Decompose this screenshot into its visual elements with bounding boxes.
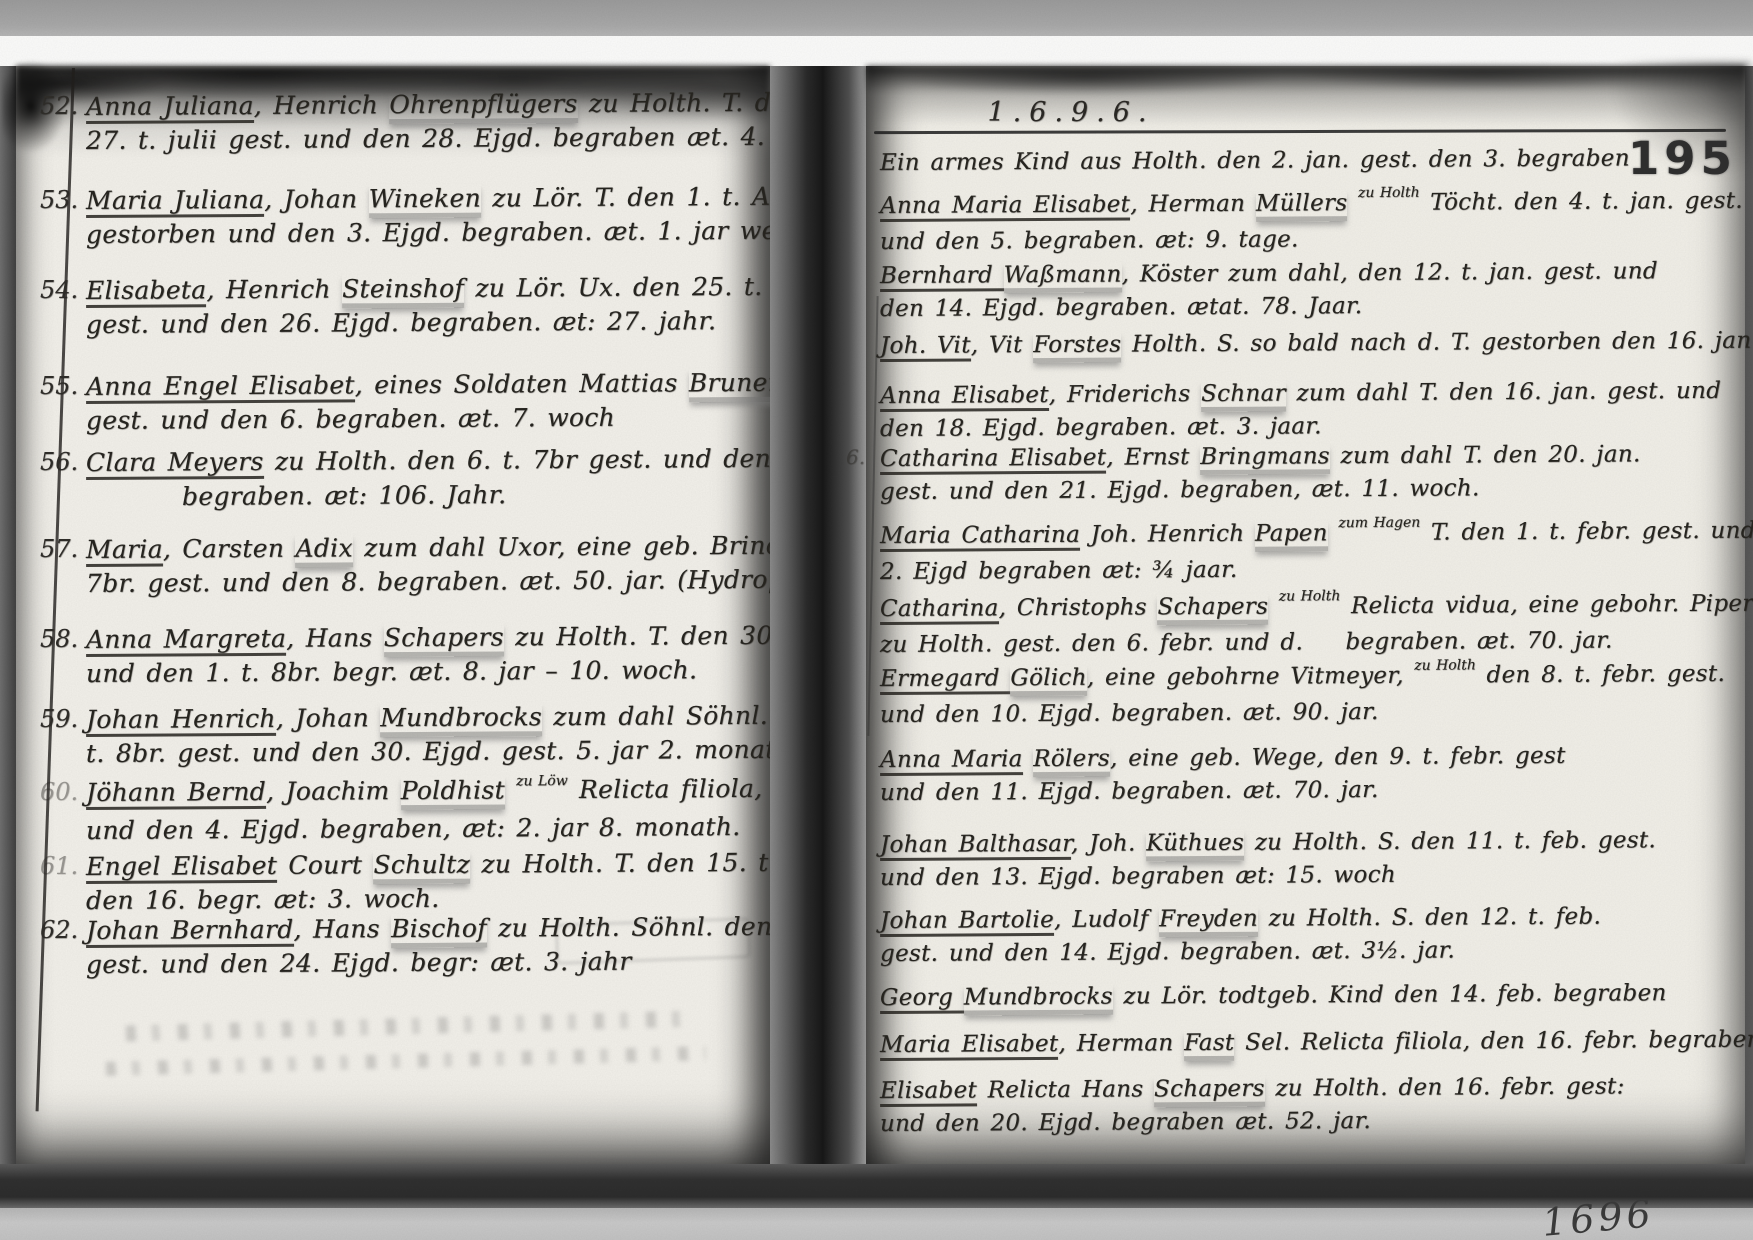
entry-number: 59. — [40, 705, 78, 733]
register-entry: 59.Johan Henrich, Johan Mundbrocks zum d… — [86, 703, 786, 771]
entry-line: Anna Elisabet, Friderichs Schnar zum dah… — [880, 375, 1728, 413]
entry-text: zu Holth. T. den — [578, 88, 803, 118]
register-entry: Joh. Vit, Vit Forstes Holth. S. so bald … — [880, 330, 1728, 363]
entry-number: 54. — [40, 276, 78, 304]
entry-line: Maria Juliana, Johan Wineken zu Lör. T. … — [86, 180, 786, 218]
entry-text: Maria Elisabet — [880, 1031, 1059, 1061]
entry-line: gestorben und den 3. Ejgd. begraben. æt.… — [86, 214, 786, 252]
entry-number: 58. — [40, 625, 78, 653]
entry-text: , Joachim — [266, 776, 401, 806]
entry-line: Clara Meyers zu Holth. den 6. t. 7br ges… — [86, 442, 786, 480]
register-entry: Ein armes Kind aus Holth. den 2. jan. ge… — [880, 147, 1728, 180]
entry-text: Bringmans — [1200, 443, 1330, 475]
entry-line: den 14. Ejgd. begraben. ætat. 78. Jaar. — [880, 288, 1728, 326]
entry-line: begraben. æt: 106. Jahr. — [182, 476, 786, 514]
entry-text: zu Holth. S. den 12. t. feb. — [1258, 904, 1601, 932]
entry-text: T. den 1. t. febr. gest. und den — [1420, 517, 1753, 545]
entry-text: Anna Maria — [880, 746, 1023, 776]
inserted-note: zum Hagen — [1338, 515, 1420, 532]
entry-text: zu Holth. den 6. t. 7br gest. und den 9. — [263, 444, 806, 476]
entry-text: Schapers — [1154, 1076, 1265, 1108]
entry-text: Relicta vidua, eine gebohr. Pipers, — [1340, 591, 1753, 620]
faint-mark — [555, 918, 750, 965]
bleed-through-text — [126, 1011, 696, 1042]
entry-text: Johan Balthasar — [880, 831, 1071, 861]
entry-text: Gölich — [1010, 665, 1087, 696]
entry-line: Maria, Carsten Adix zum dahl Uxor, eine … — [86, 529, 786, 567]
entry-number: 52. — [40, 92, 78, 120]
entry-text: Waßmann — [1003, 262, 1121, 294]
entry-line: zu Holth. gest. den 6. febr. und d. begr… — [880, 624, 1728, 662]
register-entry: Catharina, Christophs Schapers zu Holth … — [880, 593, 1728, 662]
entry-text: Maria Juliana — [86, 185, 264, 218]
entry-text: und den 20. Ejgd. begraben æt. 52. jar. — [880, 1108, 1371, 1137]
entry-number: 56. — [40, 448, 78, 476]
register-entry: Anna Elisabet, Friderichs Schnar zum dah… — [880, 380, 1728, 446]
entry-text: Papen — [1255, 520, 1328, 551]
entry-text: zu Holth. den 16. febr. gest: — [1265, 1073, 1625, 1101]
entry-text: Maria Catharina — [880, 522, 1080, 552]
entry-text: den 14. Ejgd. begraben. ætat. 78. Jaar. — [880, 293, 1362, 322]
entry-line: gest. und den 6. begraben. æt. 7. woch — [86, 400, 786, 438]
register-entry: 53.Maria Juliana, Johan Wineken zu Lör. … — [86, 184, 786, 252]
register-entry: Ermegard Gölich, eine gebohrne Vitmeyer,… — [880, 663, 1728, 732]
entry-text: , eine gebohrne Vitmeyer, — [1087, 663, 1415, 691]
entry-text: 7br. gest. und den 8. begraben. æt. 50. … — [86, 564, 840, 598]
entry-text: Relicta Hans — [977, 1076, 1154, 1103]
entry-line: und den 5. begraben. æt: 9. tage. — [880, 221, 1728, 259]
entry-text: Clara Meyers — [86, 447, 264, 480]
entry-text: zu Lör. T. den 1. t. Aug. — [481, 182, 811, 213]
entry-text: den 8. t. febr. gest. — [1476, 661, 1725, 689]
register-entry: 61.Engel Elisabet Court Schultz zu Holth… — [86, 850, 786, 918]
entry-text: gest. und den 21. Ejgd. begraben, æt. 11… — [880, 475, 1480, 505]
entry-text: , Johan — [264, 184, 369, 214]
entry-text: Adix — [295, 533, 353, 567]
entry-text: Wineken — [369, 184, 482, 219]
register-entry: Anna Maria Rölers, eine geb. Wege, den 9… — [880, 744, 1728, 810]
entry-line: Maria Elisabet, Herman Fast Sel. Relicta… — [880, 1024, 1728, 1062]
entry-text: Elisabeta — [86, 275, 207, 308]
entry-text: Schapers — [384, 622, 504, 657]
register-entry: Anna Maria Elisabet, Herman Müllers zu H… — [880, 190, 1728, 259]
entry-text: Mundbrocks — [380, 702, 542, 737]
entry-text: Steinshof — [342, 274, 464, 309]
entry-text: Elisabet — [880, 1077, 977, 1107]
entry-text: Anna Maria Elisabet — [880, 191, 1130, 222]
register-entry: Elisabet Relicta Hans Schapers zu Holth.… — [880, 1075, 1728, 1141]
entry-text: Engel Elisabet — [86, 851, 277, 884]
left-page: 52.Anna Juliana, Henrich Ohrenpflügers z… — [16, 66, 770, 1164]
entry-line: Elisabeta, Henrich Steinshof zu Lör. Ux.… — [86, 270, 786, 308]
entry-line: Ermegard Gölich, eine gebohrne Vitmeyer,… — [880, 658, 1728, 699]
register-entry: Johan Bartolie, Ludolf Freyden zu Holth.… — [880, 905, 1728, 971]
entry-line: Catharina Elisabet, Ernst Bringmans zum … — [880, 438, 1728, 476]
entry-text: den 18. Ejgd. begraben. æt. 3. jaar. — [880, 413, 1322, 442]
entry-line: Maria Catharina Joh. Henrich Papen zum H… — [880, 515, 1728, 556]
entry-text: Anna Engel Elisabet — [86, 370, 355, 404]
entry-text: und den 11. Ejgd. begraben. æt. 70. jar. — [880, 777, 1379, 806]
entry-text: Court — [277, 850, 373, 880]
entry-text: , Ludolf — [1054, 906, 1159, 933]
entry-text: zum dahl T. den 16. jan. gest. und — [1286, 378, 1721, 407]
register-entry: 60.Jöhann Bernd, Joachim Poldhist zu Löw… — [86, 776, 786, 848]
entry-text: , Carsten — [163, 534, 296, 564]
entry-text: Johan Henrich — [86, 704, 276, 737]
entry-line: Anna Engel Elisabet, eines Soldaten Matt… — [86, 366, 786, 404]
entry-text — [1023, 746, 1034, 772]
entry-text: zu Holth. gest. den 6. febr. und d. begr… — [880, 628, 1613, 658]
entry-line: 2. Ejgd begraben æt: ¾ jaar. — [880, 551, 1728, 589]
entry-text: Anna Elisabet — [880, 382, 1049, 412]
entry-number: 62. — [40, 916, 78, 944]
entry-number: 57. — [40, 535, 78, 563]
inserted-note: zu Löw — [516, 773, 568, 789]
entry-number: 55. — [40, 372, 78, 400]
entry-line: 7br. gest. und den 8. begraben. æt. 50. … — [86, 563, 786, 601]
left-page-entries: 52.Anna Juliana, Henrich Ohrenpflügers z… — [86, 90, 786, 982]
inserted-note: zu Holth — [1414, 657, 1476, 673]
entry-text: , Joh. — [1071, 830, 1146, 856]
entry-text: Müllers — [1256, 190, 1348, 222]
entry-text: , Herman — [1130, 191, 1256, 218]
entry-text: Poldhist — [401, 775, 505, 810]
entry-text: Sel. Relicta filiola, den 16. febr. begr… — [1234, 1027, 1753, 1056]
entry-text: Ohrenpflügers — [389, 89, 577, 124]
entry-text: , Johan — [276, 703, 381, 733]
entry-text: und den 10. Ejgd. begraben. æt. 90. jar. — [880, 699, 1379, 728]
entry-text: Maria — [86, 535, 163, 567]
entry-text: , Hans — [293, 914, 391, 944]
entry-text — [505, 775, 516, 804]
entry-line: gest. und den 26. Ejgd. begraben. æt: 27… — [86, 304, 786, 342]
entry-number: 61. — [40, 852, 78, 880]
entry-text: 2. Ejgd begraben æt: ¾ jaar. — [880, 557, 1238, 585]
register-entry: 58.Anna Margreta, Hans Schapers zu Holth… — [86, 623, 786, 691]
entry-line: gest. und den 14. Ejgd. begraben. æt. 3½… — [880, 933, 1728, 971]
inserted-note: zu Holth — [1279, 588, 1341, 604]
entry-text: Holth. S. so bald nach d. T. gestorben d… — [1121, 326, 1753, 357]
entry-text: Jöhann Bernd — [86, 777, 266, 810]
entry-text: Georg — [880, 984, 964, 1014]
entry-line: Bernhard Waßmann, Köster zum dahl, den 1… — [880, 255, 1728, 293]
entry-text: und den 1. t. 8br. begr. æt. 8. jar – 10… — [86, 655, 697, 688]
entry-line: 27. t. julii gest. und den 28. Ejgd. beg… — [86, 120, 786, 158]
register-entry: Bernhard Waßmann, Köster zum dahl, den 1… — [880, 260, 1728, 326]
entry-text — [1268, 594, 1279, 620]
entry-text: Fast — [1184, 1030, 1235, 1061]
entry-text: Johan Bernhard — [86, 915, 294, 948]
entry-text: , Vit — [971, 332, 1034, 358]
entry-text: , Hans — [286, 623, 384, 653]
scanner-white-margin — [0, 36, 1753, 66]
entry-text: , eines Soldaten Mattias — [355, 368, 689, 399]
entry-text: Ein armes Kind aus Holth. den 2. jan. ge… — [880, 145, 1630, 176]
entry-line: Engel Elisabet Court Schultz zu Holth. T… — [86, 846, 786, 884]
entry-text: Catharina — [880, 595, 999, 625]
entry-line: gest. und den 21. Ejgd. begraben, æt. 11… — [880, 471, 1728, 509]
entry-text: Schapers — [1157, 594, 1268, 626]
entry-text: Forstes — [1033, 332, 1121, 364]
register-entry: 54.Elisabeta, Henrich Steinshof zu Lör. … — [86, 274, 786, 342]
entry-text: , Henrich — [206, 274, 342, 304]
entry-line: und den 20. Ejgd. begraben æt. 52. jar. — [880, 1103, 1728, 1141]
entry-text: zu Lör. todtgeb. Kind den 14. feb. begra… — [1113, 980, 1667, 1009]
inserted-note: zu Holth — [1358, 185, 1420, 201]
entry-text: zu Holth. S. den 11. t. feb. gest. — [1244, 827, 1656, 856]
entry-text: und den 4. Ejgd. begraben, æt: 2. jar 8.… — [86, 812, 741, 845]
entry-text: , eine geb. Wege, den 9. t. febr. gest — [1110, 743, 1566, 772]
archival-year-note: 1696 — [1540, 1191, 1656, 1240]
register-entry: 52.Anna Juliana, Henrich Ohrenpflügers z… — [86, 90, 786, 158]
entry-line: Johan Balthasar, Joh. Küthues zu Holth. … — [880, 824, 1728, 862]
entry-text: , Ernst — [1106, 444, 1200, 471]
entry-text: , Herman — [1058, 1030, 1184, 1057]
entry-line: und den 13. Ejgd. begraben æt: 15. woch — [880, 857, 1728, 895]
entry-line: Anna Maria Rölers, eine geb. Wege, den 9… — [880, 739, 1728, 777]
entry-text: gest. und den 26. Ejgd. begraben. æt: 27… — [86, 306, 716, 339]
entry-number: 6. — [846, 445, 865, 469]
entry-text: Rölers — [1033, 746, 1110, 777]
year-header: 1.6.9.6. — [986, 97, 1156, 128]
margin-rule — [36, 68, 75, 1111]
entry-text: zum dahl T. den 20. jan. — [1330, 441, 1641, 469]
entry-text: Mundbrocks — [964, 984, 1113, 1016]
entry-text: gest. und den 24. Ejgd. begr: æt. 3. jah… — [86, 947, 632, 979]
entry-number: 53. — [40, 186, 78, 214]
entry-text: Joh. Vit — [880, 332, 971, 362]
entry-line: Joh. Vit, Vit Forstes Holth. S. so bald … — [880, 325, 1728, 363]
entry-text: , Köster zum dahl, den 12. t. jan. gest.… — [1121, 258, 1657, 287]
entry-text: Schnar — [1201, 381, 1286, 413]
entry-text: Töcht. den 4. t. jan. gest. — [1420, 188, 1743, 216]
entry-line: t. 8br. gest. und den 30. Ejgd. gest. 5.… — [86, 733, 786, 771]
entry-line: Ein armes Kind aus Holth. den 2. jan. ge… — [880, 142, 1728, 180]
scanned-register-spread: 52.Anna Juliana, Henrich Ohrenpflügers z… — [0, 0, 1753, 1240]
scanner-background-top — [0, 0, 1753, 36]
entry-text: Catharina Elisabet — [880, 445, 1106, 475]
right-page-entries: Ein armes Kind aus Holth. den 2. jan. ge… — [880, 147, 1728, 1141]
entry-text: Schultz — [373, 850, 470, 885]
register-entry: 55.Anna Engel Elisabet, eines Soldaten M… — [86, 370, 786, 438]
entry-text: Johan Bartolie — [880, 907, 1054, 937]
entry-number: 60. — [40, 778, 78, 806]
entry-text: gest. und den 14. Ejgd. begraben. æt. 3½… — [880, 937, 1455, 967]
entry-text: Joh. Henrich — [1080, 521, 1255, 548]
gutter-margin-rule — [867, 296, 878, 736]
entry-text: Anna Margreta — [86, 624, 286, 657]
register-entry: Maria Catharina Joh. Henrich Papen zum H… — [880, 520, 1728, 589]
entry-line: und den 1. t. 8br. begr. æt. 8. jar – 10… — [86, 653, 786, 691]
entry-text: gest. und den 6. begraben. æt. 7. woch — [86, 403, 615, 435]
entry-line: und den 11. Ejgd. begraben. æt. 70. jar. — [880, 772, 1728, 810]
entry-line: Georg Mundbrocks zu Lör. todtgeb. Kind d… — [880, 977, 1728, 1015]
entry-line: Anna Juliana, Henrich Ohrenpflügers zu H… — [86, 86, 786, 124]
entry-line: Anna Margreta, Hans Schapers zu Holth. T… — [86, 619, 786, 657]
register-entry: Georg Mundbrocks zu Lör. todtgeb. Kind d… — [880, 982, 1728, 1015]
register-entry: Maria Elisabet, Herman Fast Sel. Relicta… — [880, 1029, 1728, 1062]
entry-text — [1347, 190, 1358, 216]
entry-text: Bischof — [391, 914, 487, 949]
entry-text: Ermegard — [880, 665, 1011, 695]
scan-dark-band — [0, 1164, 1753, 1208]
entry-line: Anna Maria Elisabet, Herman Müllers zu H… — [880, 185, 1728, 226]
register-entry: Johan Balthasar, Joh. Küthues zu Holth. … — [880, 829, 1728, 895]
entry-text: Küthues — [1146, 830, 1244, 862]
entry-text: Bernhard — [880, 262, 1004, 292]
entry-text: Anna Juliana — [86, 91, 254, 124]
entry-text: , Christophs — [999, 594, 1158, 621]
register-entry: 6.Catharina Elisabet, Ernst Bringmans zu… — [880, 443, 1728, 509]
entry-text: den 16. begr. æt: 3. woch. — [86, 884, 440, 915]
entry-line: Catharina, Christophs Schapers zu Holth … — [880, 588, 1728, 629]
entry-line: und den 10. Ejgd. begraben. æt. 90. jar. — [880, 694, 1728, 732]
entry-text: und den 13. Ejgd. begraben æt: 15. woch — [880, 862, 1396, 891]
entry-text: , Henrich — [254, 90, 390, 120]
entry-text: begraben. æt: 106. Jahr. — [182, 480, 507, 511]
entry-line: Elisabet Relicta Hans Schapers zu Holth.… — [880, 1070, 1728, 1108]
register-entry: 57.Maria, Carsten Adix zum dahl Uxor, ei… — [86, 533, 786, 601]
book-gutter-shadow — [770, 66, 866, 1164]
scanner-background-bottom — [0, 1208, 1753, 1240]
header-rule — [874, 129, 1726, 134]
entry-text: Freyden — [1159, 906, 1258, 938]
entry-line: Jöhann Bernd, Joachim Poldhist zu Löw Re… — [86, 772, 786, 814]
entry-text: t. 8br. gest. und den 30. Ejgd. gest. 5.… — [86, 735, 776, 768]
entry-text — [1328, 520, 1339, 546]
bleed-through-text — [106, 1046, 706, 1076]
right-page: 1.6.9.6. 195 Ein armes Kind aus Holth. d… — [866, 66, 1745, 1164]
entry-line: und den 4. Ejgd. begraben, æt: 2. jar 8.… — [86, 810, 786, 848]
register-entry: 56.Clara Meyers zu Holth. den 6. t. 7br … — [86, 446, 786, 514]
entry-text: und den 5. begraben. æt: 9. tage. — [880, 226, 1299, 255]
entry-text: , Friderichs — [1049, 381, 1201, 408]
entry-line: Johan Bartolie, Ludolf Freyden zu Holth.… — [880, 900, 1728, 938]
entry-line: Johan Henrich, Johan Mundbrocks zum dahl… — [86, 699, 786, 737]
